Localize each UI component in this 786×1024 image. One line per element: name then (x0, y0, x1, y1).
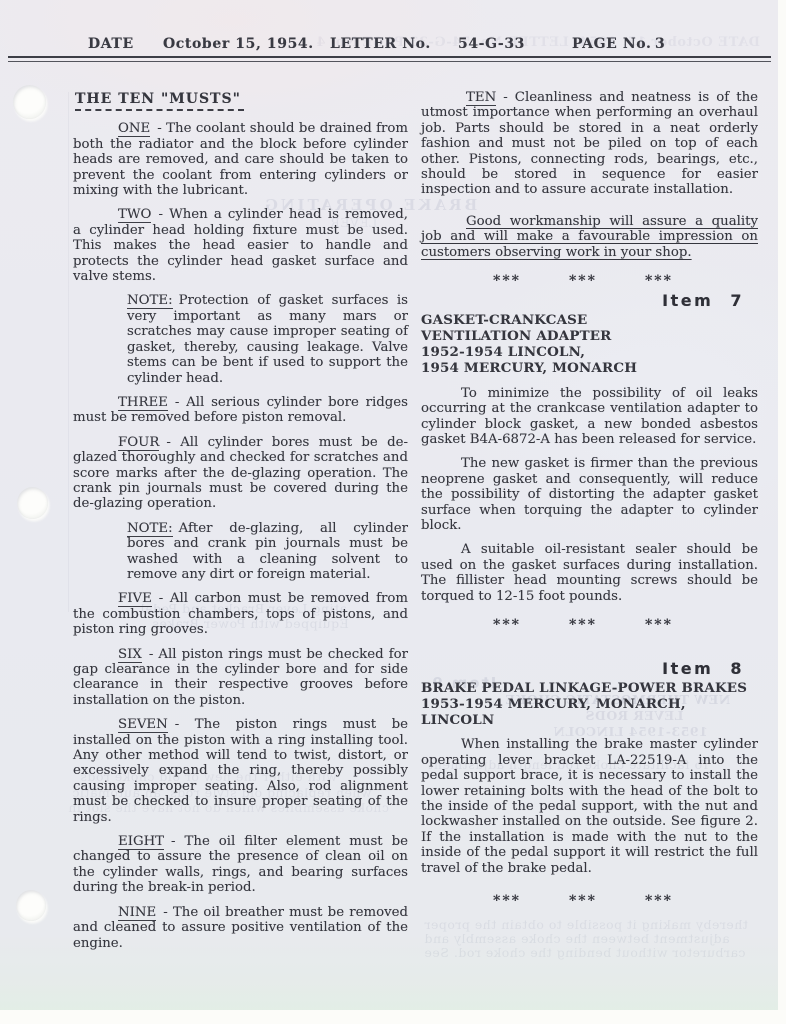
stars-separator: *** *** *** (421, 618, 758, 633)
ghost-bleed-text: thereby making it possible to obtain the… (424, 917, 748, 932)
paragraph-text: - The piston rings must be installed on … (73, 717, 408, 824)
heading-line: BRAKE PEDAL LINKAGE-POWER BRAKES (421, 680, 758, 696)
section-title: THE TEN "MUSTS" (75, 92, 408, 107)
stars: *** (493, 274, 521, 289)
item-7-paragraph: To minimize the possibility of oil leaks… (421, 386, 758, 448)
note-paragraph: NOTE:After de-glazing, all cylinder bore… (127, 521, 408, 583)
lead-word: ONE (118, 121, 150, 137)
punch-hole (16, 890, 46, 921)
scanner-edge-right (778, 0, 786, 1010)
heading-line: 1953-1954 MERCURY, MONARCH, LINCOLN (421, 696, 758, 728)
lead-word: TEN (466, 90, 496, 106)
heading-line: VENTILATION ADAPTER (421, 328, 758, 344)
paragraph-eight: EIGHT- The oil filter element must be ch… (73, 834, 408, 896)
note-paragraph: NOTE:Protection of gasket surfaces is ve… (127, 293, 408, 385)
paragraph-six: SIX- All piston rings must be checked fo… (73, 647, 408, 709)
ghost-bleed-text: carburetor without bending the choke rod… (424, 945, 745, 960)
stars-separator: *** *** *** (421, 274, 758, 289)
paragraph-four: FOUR- All cylinder bores must be de-glaz… (73, 435, 408, 512)
motto-paragraph: Good workmanship will assure a quality j… (421, 214, 758, 260)
punch-hole (13, 85, 46, 119)
item-8-paragraph: When installing the brake master cylinde… (421, 737, 758, 876)
lead-word: SEVEN (118, 717, 168, 733)
stars: *** (493, 894, 521, 909)
lead-word: TWO (118, 207, 151, 223)
paragraph-ten: TEN- Cleanliness and neatness is of the … (421, 90, 758, 198)
paragraph-three: THREE- All serious cylinder bore ridges … (73, 395, 408, 426)
paper-crease-line (68, 92, 69, 612)
stars: *** (569, 894, 597, 909)
lead-word: NOTE: (127, 521, 173, 537)
stars: *** (493, 618, 521, 633)
lead-word: EIGHT (118, 834, 164, 850)
item-7-label: Item 7 (421, 293, 758, 308)
scanner-edge-bottom (0, 1010, 786, 1024)
item-7-paragraph: A suitable oil-resistant sealer should b… (421, 542, 758, 604)
section-title-text: THE TEN "MUSTS" (75, 91, 244, 111)
heading-line: 1952-1954 LINCOLN, (421, 344, 758, 360)
lead-word: THREE (118, 395, 168, 411)
paragraph-five: FIVE- All carbon must be removed from th… (73, 591, 408, 637)
item-7-heading: GASKET-CRANKCASE VENTILATION ADAPTER 195… (421, 312, 758, 377)
punch-hole (17, 487, 48, 519)
stars: *** (645, 274, 673, 289)
header-rule-thick (8, 56, 771, 58)
stars: *** (569, 618, 597, 633)
paragraph-nine: NINE- The oil breather must be removed a… (73, 905, 408, 951)
lead-word: FOUR (118, 435, 159, 451)
header-rule-thin (8, 61, 771, 62)
ghost-bleed-text: DATE October 15, 1954. LETTER No. 54-G-3… (140, 35, 760, 50)
paragraph-text: - Cleanliness and neatness is of the utm… (421, 90, 758, 197)
date-label: DATE (88, 36, 134, 52)
right-column: TEN- Cleanliness and neatness is of the … (421, 90, 758, 909)
stars: *** (645, 618, 673, 633)
paragraph-one: ONE- The coolant should be drained from … (73, 121, 408, 198)
heading-line: 1954 MERCURY, MONARCH (421, 360, 758, 376)
lead-word: NOTE: (127, 293, 173, 309)
left-column: THE TEN "MUSTS" ONE- The coolant should … (73, 90, 408, 951)
paragraph-two: TWO- When a cylinder head is removed, a … (73, 207, 408, 284)
heading-line: GASKET-CRANKCASE (421, 312, 758, 328)
lead-word: FIVE (118, 591, 152, 607)
stars: *** (569, 274, 597, 289)
item-7-paragraph: The new gasket is firmer than the previo… (421, 456, 758, 533)
ghost-bleed-text: adjustment between the choke assembly an… (424, 931, 730, 946)
item-8-label: Item 8 (421, 661, 758, 676)
stars-separator: *** *** *** (421, 894, 758, 909)
stars: *** (645, 894, 673, 909)
item-8-heading: BRAKE PEDAL LINKAGE-POWER BRAKES 1953-19… (421, 680, 758, 729)
lead-word: SIX (118, 647, 142, 663)
paragraph-seven: SEVEN- The piston rings must be installe… (73, 717, 408, 825)
paper-bottom-tint (0, 982, 778, 1010)
scanned-paper-background: DATE October 15, 1954. LETTER No. 54-G-3… (0, 0, 778, 1010)
lead-word: NINE (118, 905, 156, 921)
